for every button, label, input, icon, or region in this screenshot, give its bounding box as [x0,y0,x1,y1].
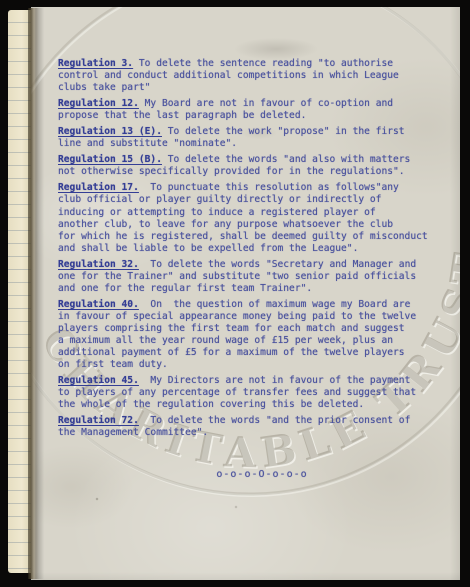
regulation-block: Regulation 45. My Directors are not in f… [58,375,444,411]
regulation-line: additional payment of £5 for a maximum o… [58,347,444,359]
regulation-block: Regulation 15 (B). To delete the words "… [58,154,444,178]
regulation-first-line: To delete the words "and also with matte… [162,154,410,165]
regulation-line: for which he is registered, shall be dee… [58,231,444,243]
regulation-line: to players of any percentage of transfer… [58,387,444,399]
regulation-first-line: On the question of maximum wage my Board… [139,299,410,310]
regulation-block: Regulation 12. My Board are not in favou… [58,98,444,122]
regulation-heading: Regulation 13 (E). [58,126,162,137]
regulation-first-line: To delete the words "and the prior conse… [139,415,410,426]
regulation-block: Regulation 40. On the question of maximu… [58,299,444,371]
regulation-line: not otherwise specifically provided for … [58,166,444,178]
regulation-first-line: To punctuate this resolution as follows"… [139,182,399,193]
regulation-block: Regulation 3. To delete the sentence rea… [58,58,444,94]
regulation-line: one for the Trainer" and substitute "two… [58,271,444,283]
regulation-line: control and conduct additional competiti… [58,70,444,82]
regulation-line: propose that the last paragraph be delet… [58,110,444,122]
regulation-heading: Regulation 72. [58,415,139,426]
typewritten-text-column: Regulation 3. To delete the sentence rea… [31,7,460,480]
regulation-line: and shall be liable to be expelled from … [58,243,444,255]
regulation-block: Regulation 72. To delete the words "and … [58,415,444,439]
regulation-line: on first team duty. [58,359,444,371]
binding-crease [28,8,44,579]
scanned-document: CHARITABLE TRUST CHARITABLE TRUST Regula… [0,0,470,587]
regulation-heading: Regulation 32. [58,259,139,270]
regulation-heading: Regulation 3. [58,58,133,69]
regulation-first-line: My Directors are not in favour of the pa… [139,375,410,386]
regulation-first-line: To delete the words "Secretary and Manag… [139,259,416,270]
document-page: CHARITABLE TRUST CHARITABLE TRUST Regula… [31,7,460,580]
regulation-line: in favour of special appearance money be… [58,311,444,323]
regulation-line: clubs take part" [58,82,444,94]
regulation-heading: Regulation 45. [58,375,139,386]
regulation-first-line: To delete the sentence reading "to autho… [133,58,393,69]
regulation-block: Regulation 32. To delete the words "Secr… [58,259,444,295]
regulation-line: a maximum all the year round wage of £15… [58,335,444,347]
regulation-heading: Regulation 17. [58,182,139,193]
regulation-first-line: To delete the work "propose" in the firs… [162,126,405,137]
regulation-heading: Regulation 12. [58,98,139,109]
regulation-line: another club, to leave for any purpose w… [58,219,444,231]
regulation-block: Regulation 17. To punctuate this resolut… [58,182,444,254]
regulation-line: and one for the regular first team Train… [58,283,444,295]
regulation-line: club official or player guilty directly … [58,194,444,206]
regulation-heading: Regulation 15 (B). [58,154,162,165]
regulation-line: line and substitute "nominate". [58,138,444,150]
regulation-line: the Management Committee". [58,427,444,439]
regulation-block: Regulation 13 (E). To delete the work "p… [58,126,444,150]
regulation-line: players comprising the first team for ea… [58,323,444,335]
regulation-line: the whole of the regulation covering thi… [58,399,444,411]
regulation-heading: Regulation 40. [58,299,139,310]
regulation-first-line: My Board are not in favour of co-option … [139,98,393,109]
regulation-line: inducing or attempting to induce a regis… [58,207,444,219]
separator-ornament: o-o-o-O-o-o-o [58,469,444,480]
